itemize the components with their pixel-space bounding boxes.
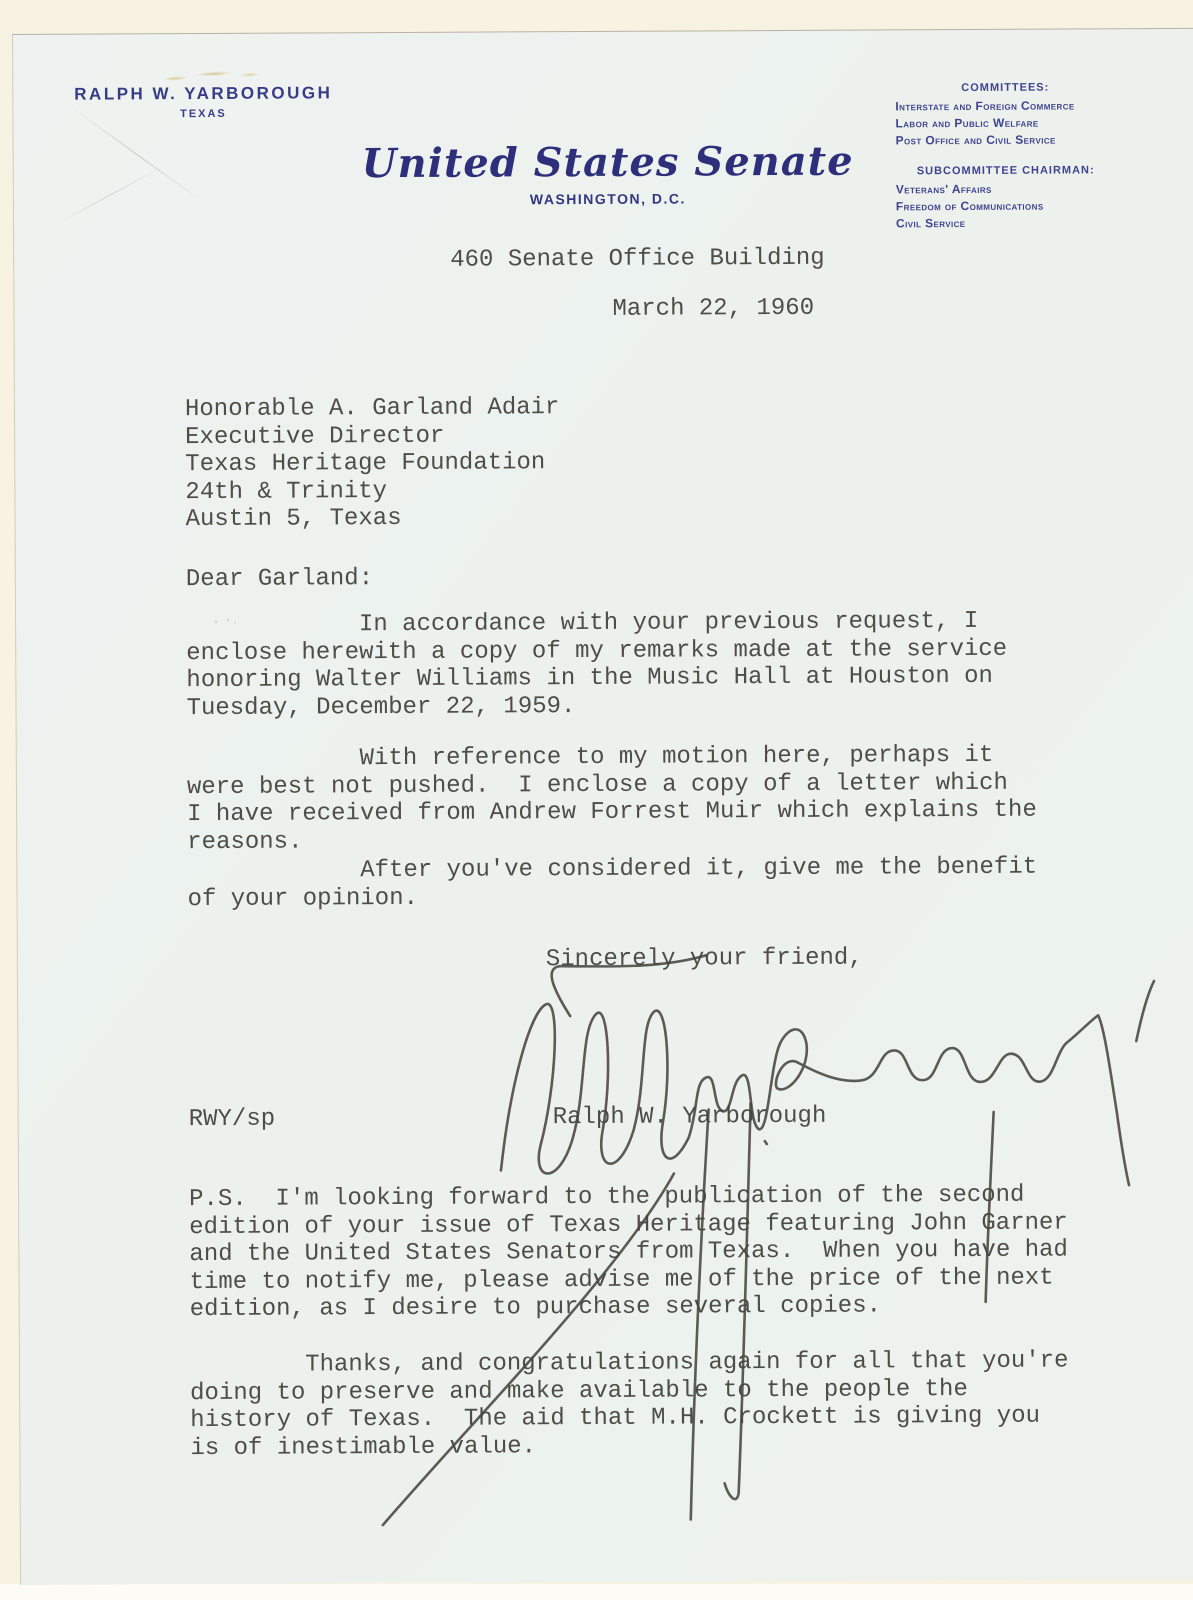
committee-item: Interstate and Foreign Commerce <box>885 97 1125 115</box>
body-paragraph-1: In accordance with your previous request… <box>186 608 1008 722</box>
body-paragraph-2: With reference to my motion here, perhap… <box>187 742 1037 856</box>
paper-crease <box>54 163 169 226</box>
salutation: Dear Garland: <box>186 565 373 593</box>
subcommittees-list: Veterans' Affairs Freedom of Communicati… <box>886 180 1126 232</box>
sender-name: RALPH W. YARBOROUGH <box>71 83 335 104</box>
sender-state: TEXAS <box>71 107 335 120</box>
committee-item: Labor and Public Welfare <box>885 114 1125 132</box>
scanned-letter: RALPH W. YARBOROUGH TEXAS COMMITTEES: In… <box>0 0 1193 1600</box>
scan-edge-strip <box>0 1584 1193 1600</box>
letterhead-committees: COMMITTEES: Interstate and Foreign Comme… <box>885 81 1126 232</box>
body-paragraph-3: After you've considered it, give me the … <box>187 854 1037 913</box>
committees-heading: COMMITTEES: <box>885 81 1125 94</box>
date-line: March 22, 1960 <box>612 295 814 324</box>
letter-paper: RALPH W. YARBOROUGH TEXAS COMMITTEES: In… <box>12 28 1193 1585</box>
letterhead-masthead: United States Senate WASHINGTON, D.C. <box>348 139 868 209</box>
return-address: 460 Senate Office Building <box>450 245 825 274</box>
letterhead-sender: RALPH W. YARBOROUGH TEXAS <box>71 83 335 120</box>
subcommittee-item: Freedom of Communications <box>886 197 1126 215</box>
masthead-title: United States Senate <box>348 139 868 188</box>
recipient-address: Honorable A. Garland Adair Executive Dir… <box>185 394 560 533</box>
subcommittee-heading: SUBCOMMITTEE CHAIRMAN: <box>886 164 1126 177</box>
committee-item: Post Office and Civil Service <box>886 131 1126 149</box>
subcommittee-item: Veterans' Affairs <box>886 180 1126 198</box>
paper-smudge <box>153 67 264 85</box>
subcommittee-item: Civil Service <box>886 214 1126 232</box>
reference-initials: RWY/sp <box>189 1106 276 1134</box>
masthead-city: WASHINGTON, D.C. <box>348 190 868 209</box>
handwritten-signature <box>348 929 1181 1563</box>
committees-list: Interstate and Foreign Commerce Labor an… <box>885 97 1125 149</box>
